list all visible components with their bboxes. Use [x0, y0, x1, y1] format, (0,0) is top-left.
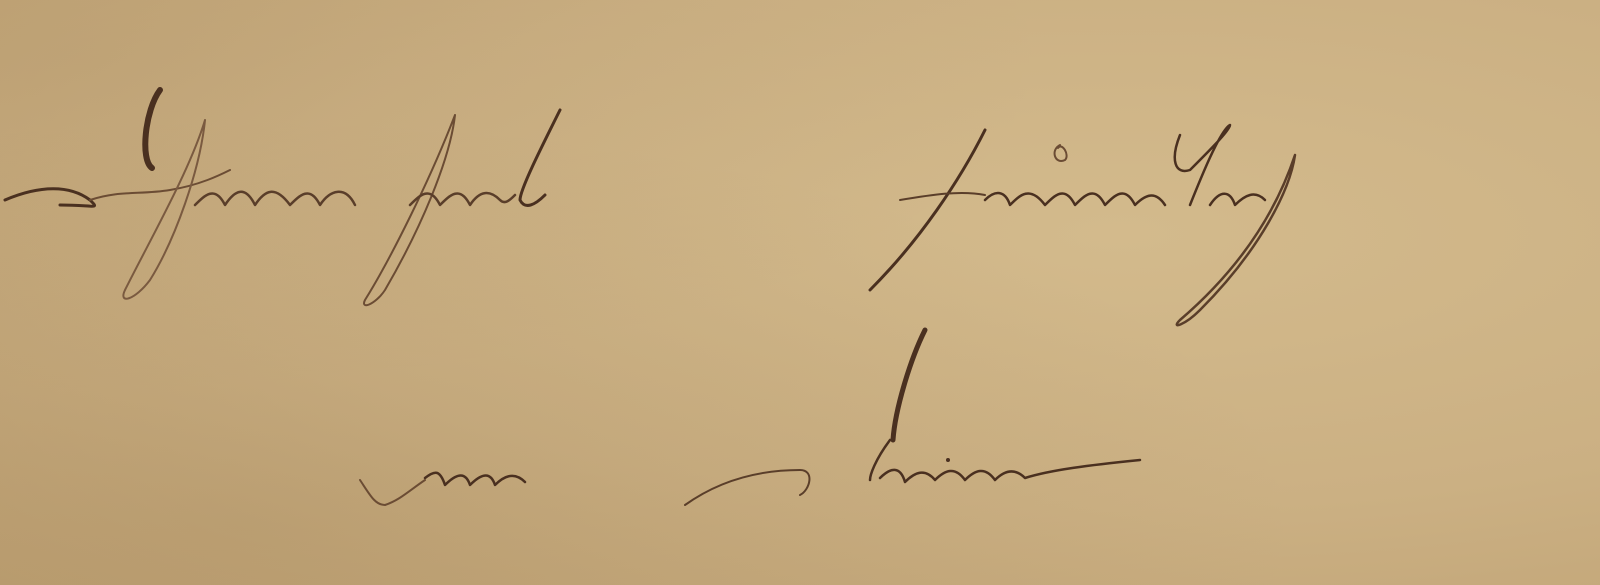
word-deine: [685, 330, 1140, 505]
word-dich: [5, 90, 230, 299]
manuscript-page: Dich manchmal freundlich an Deine: [0, 0, 1600, 585]
handwriting-strokes: [0, 0, 1600, 585]
word-freundlich: [870, 125, 1295, 325]
word-an: [360, 473, 525, 505]
word-manchmal: [195, 110, 560, 305]
